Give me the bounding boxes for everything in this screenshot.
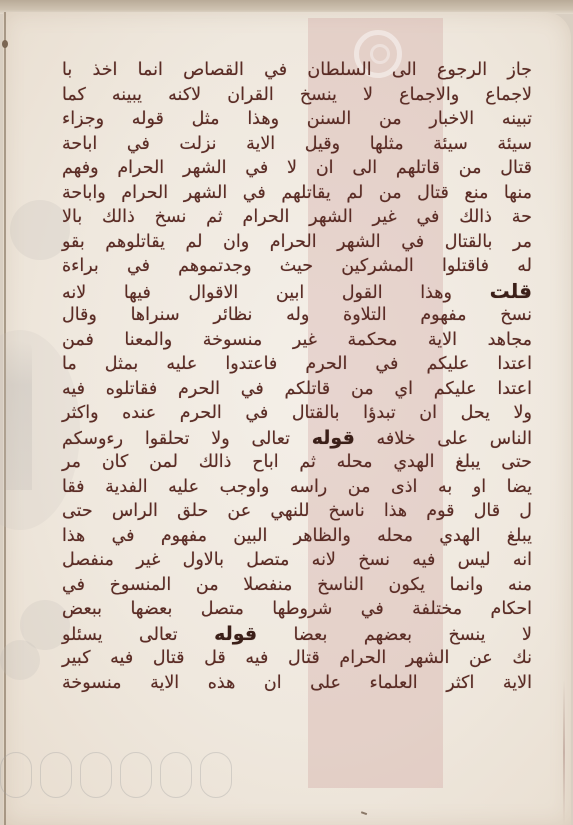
text-line: انه ليس فيه نسخ لانه متصل بالاول غير منف… xyxy=(62,548,532,573)
text-line: نسخ مفهوم التلاوة وله نظائر سنراها وقال xyxy=(62,303,532,328)
text-line: يضا او به اذى من راسه واوجب عليه الفدية … xyxy=(62,475,532,500)
text-line: اعتدا عليكم اي من قاتلكم في الحرم فقاتلو… xyxy=(62,377,532,402)
text-line: له فاقتلوا المشركين حيث وجدتموهم في براء… xyxy=(62,254,532,279)
text-line: سيئة سيئة مثلها وقيل الاية نزلت في اباحة xyxy=(62,132,532,157)
text-line: اعتدا عليكم في الحرم فاعتدوا عليه بمثل م… xyxy=(62,352,532,377)
text-line: منها منع قتال من لم يقاتلهم في الشهر الح… xyxy=(62,181,532,206)
watermark-floral-icon xyxy=(10,200,70,260)
text-line: قلت وهذا القول ابين الاقوال فيها لانه xyxy=(62,279,532,304)
text-line-pre: لا ينسخ بعضهم بعضا xyxy=(294,625,532,645)
watermark-minaret-icon xyxy=(6,340,32,490)
text-line: ل قال قوم هذا ناسخ للنهي عن حلق الراس حت… xyxy=(62,499,532,524)
text-line-body: تعالى ولا تحلقوا رءوسكم xyxy=(62,429,290,449)
text-line: لاجماع والاجماع لا ينسخ القران لاكنه يبي… xyxy=(62,83,532,108)
text-line: قتال من قاتلهم الى ان لا في الشهر الحرام… xyxy=(62,156,532,181)
text-line: احكام مختلفة في شروطها متصل بعضها ببعض xyxy=(62,597,532,622)
text-line: يبلغ الهدي محله والظاهر البين مفهوم في ه… xyxy=(62,524,532,549)
text-line-pre: الناس على خلافه xyxy=(377,429,532,449)
text-line: حة ذالك في غير الشهر الحرام ثم نسخ ذالك … xyxy=(62,205,532,230)
text-line: جاز الرجوع الى السلطان في القصاص انما اخ… xyxy=(62,58,532,83)
watermark-floral-icon xyxy=(0,640,40,680)
rubric-qawluhu: قوله xyxy=(312,427,355,449)
binding-mark xyxy=(2,40,8,48)
text-line: الناس على خلافه قوله تعالى ولا تحلقوا رء… xyxy=(62,426,532,451)
text-line-body: وهذا القول ابين الاقوال فيها لانه xyxy=(62,283,452,303)
text-line: لا ينسخ بعضهم بعضا قوله تعالى يسئلو xyxy=(62,622,532,647)
text-line: نك عن الشهر الحرام قتال فيه قل قتال فيه … xyxy=(62,646,532,671)
text-line: ولا يحل ان تبدؤا بالقتال في الحرم عنده و… xyxy=(62,401,532,426)
text-line: تبينه الاخبار من السنن وهذا مثل قوله وجز… xyxy=(62,107,532,132)
text-line: منه وانما يكون الناسخ منفصلا من المنسوخ … xyxy=(62,573,532,598)
text-line: حتى يبلغ الهدي محله ثم اباح ذالك لمن كان… xyxy=(62,450,532,475)
watermark-text-outline xyxy=(0,752,250,796)
text-line: مجاهد الاية محكمة غير منسوخة والمعنا فمن xyxy=(62,328,532,353)
manuscript-text: جاز الرجوع الى السلطان في القصاص انما اخ… xyxy=(62,58,532,695)
page-right-edge xyxy=(563,680,565,825)
text-line: مر بالقتال في الشهر الحرام وان لم يقاتلو… xyxy=(62,230,532,255)
text-line: الاية اكثر العلماء على ان هذه الاية منسو… xyxy=(62,671,532,696)
rubric-qawluhu: قوله xyxy=(214,623,257,645)
rubric-qultu: قلت xyxy=(490,279,532,303)
text-line-body: تعالى يسئلو xyxy=(62,625,178,645)
